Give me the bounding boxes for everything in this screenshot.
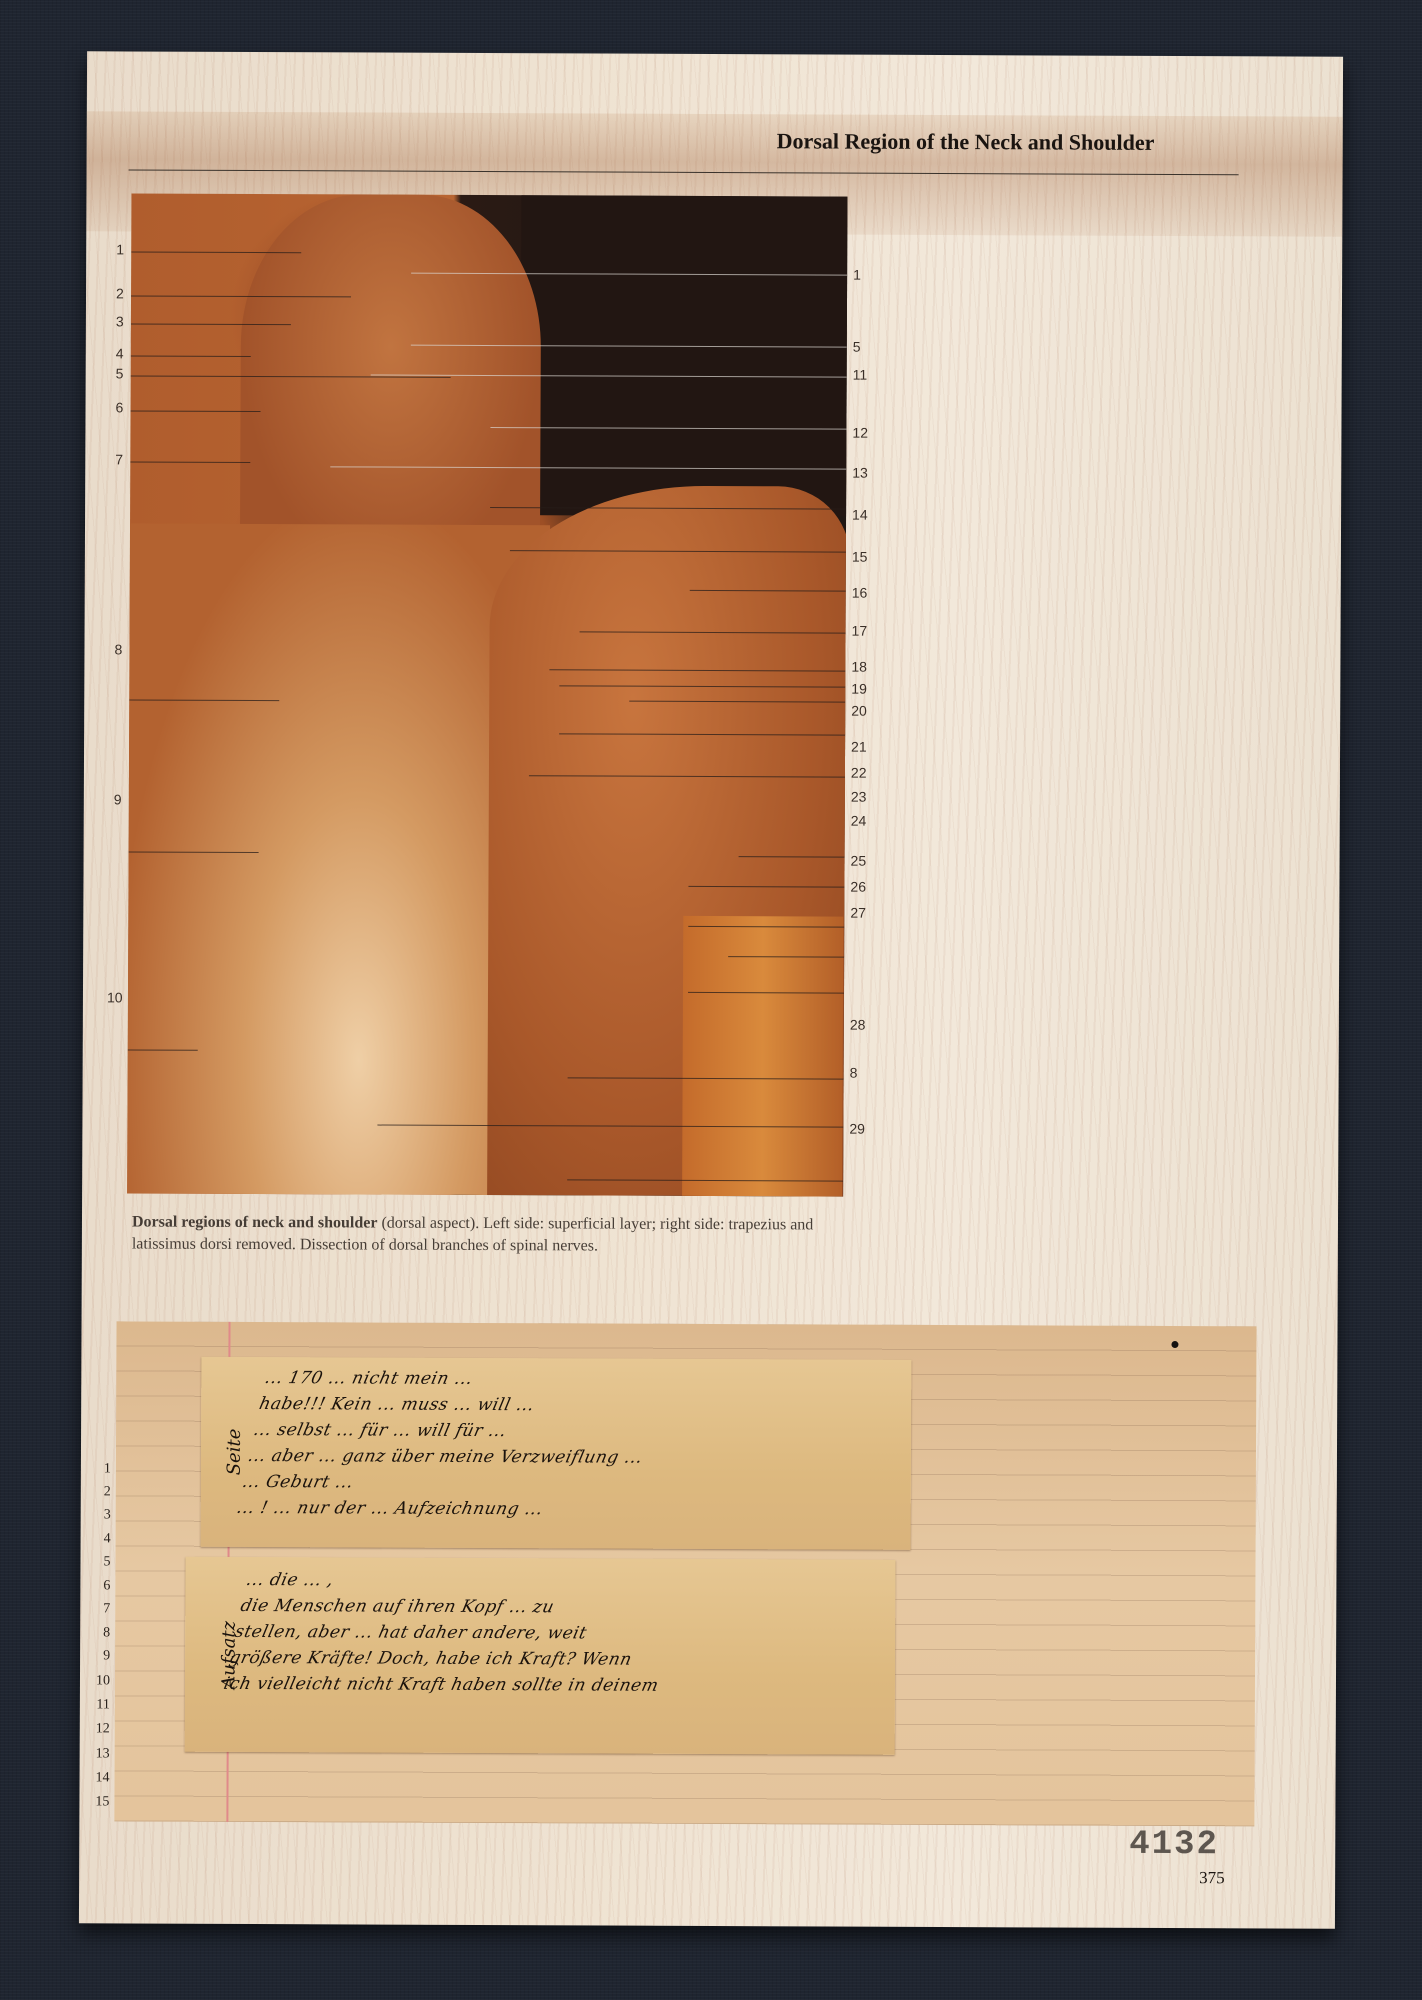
note-line: ... selbst ... für ... will für ... [251,1417,907,1446]
leader-line [130,461,250,463]
leader-line [131,410,261,412]
note-line: habe!!! Kein ... muss ... will ... [257,1391,912,1420]
note-line: ... Geburt ... [240,1469,896,1498]
plate-label-right: 23 [851,789,867,805]
line-number: 14 [88,1770,110,1786]
line-number: 15 [87,1794,109,1810]
plate-label-right: 25 [851,853,867,869]
plate-label-right: 1 [853,267,861,283]
plate-label-right: 21 [851,739,867,755]
artwork-board: Dorsal Region of the Neck and Shoulder [79,51,1343,1928]
plate-label-right: 24 [851,813,867,829]
plate-label-right: 19 [851,681,867,697]
plate-label-right: 26 [850,879,866,895]
plate-caption: Dorsal regions of neck and shoulder (dor… [132,1211,832,1258]
handwritten-note-1: Seite ... 170 ... nicht mein ... habe!!!… [201,1357,912,1550]
line-number: 8 [88,1625,110,1641]
plate-label-right: 20 [851,703,867,719]
pin-hole [1171,1341,1178,1348]
plate-label-left: 6 [116,399,124,415]
caption-title: Dorsal regions of neck and shoulder [132,1213,378,1231]
neck-figure [240,194,542,575]
plate-label-right: 8 [850,1065,858,1081]
line-number: 7 [88,1601,110,1617]
note-text: ... 170 ... nicht mein ... habe!!! Kein … [234,1365,911,1524]
note-line: ... ! ... nur der ... Aufzeichnung ... [234,1495,890,1524]
note-line: ... aber ... ganz über meine Verzweiflun… [245,1443,901,1472]
line-number: 9 [88,1648,110,1664]
handwritten-note-2: Aufsatz ... die ... , die Menschen auf i… [185,1557,896,1755]
line-number: 12 [88,1721,110,1737]
leader-line [131,295,351,297]
line-number: 6 [88,1578,110,1594]
plate-label-right: 18 [851,659,867,675]
note-side-text: Seite [224,1429,245,1476]
plate-label-left: 2 [116,285,124,301]
plate-label-left: 9 [114,791,122,807]
leader-line [131,323,291,325]
note-line: ... die ... , [244,1567,896,1596]
line-number: 13 [88,1746,110,1762]
line-number: 1 [89,1461,111,1477]
line-number: 11 [88,1697,110,1713]
plate-label-left: 5 [116,365,124,381]
note-line: die Menschen auf ihren Kopf ... zu [238,1593,894,1622]
note-line: ... 170 ... nicht mein ... [262,1365,911,1394]
note-line: stellen, aber ... hat daher andere, weit [232,1619,888,1648]
line-number: 10 [88,1673,110,1689]
plate-label-right: 12 [852,425,868,441]
plate-label-right: 13 [852,465,868,481]
page-number: 375 [1199,1868,1225,1888]
plate-label-right: 29 [849,1121,865,1137]
plate-label-right: 14 [852,507,868,523]
plate-label-left: 7 [115,451,123,467]
leader-line [131,355,251,357]
plate-label-left: 3 [116,313,124,329]
note-line: größere Kräfte! Doch, habe ich Kraft? We… [227,1645,883,1674]
line-number: 5 [88,1554,110,1570]
plate-label-left: 8 [114,641,122,657]
plate-label-left: 4 [116,345,124,361]
anatomical-plate [127,193,847,1196]
plate-label-right: 11 [853,367,868,383]
note-line: ich vielleicht nicht Kraft haben sollte … [221,1671,877,1700]
plate-label-right: 27 [850,905,866,921]
stamp-number: 4132 [1129,1826,1219,1864]
arm-figure [682,916,843,1197]
line-number: 2 [89,1484,111,1500]
line-number: 4 [89,1531,111,1547]
line-number: 3 [89,1507,111,1523]
plate-label-left: 10 [107,989,123,1005]
note-text: ... die ... , die Menschen auf ihren Kop… [221,1567,895,1700]
plate-label-right: 22 [851,765,867,781]
plate-label-left: 1 [116,241,124,257]
plate-label-right: 5 [853,339,861,355]
plate-label-right: 17 [852,623,868,639]
plate-label-right: 15 [852,549,868,565]
page-title: Dorsal Region of the Neck and Shoulder [777,128,1155,156]
plate-label-right: 28 [850,1017,866,1033]
leader-line [131,251,301,253]
plate-label-right: 16 [852,585,868,601]
